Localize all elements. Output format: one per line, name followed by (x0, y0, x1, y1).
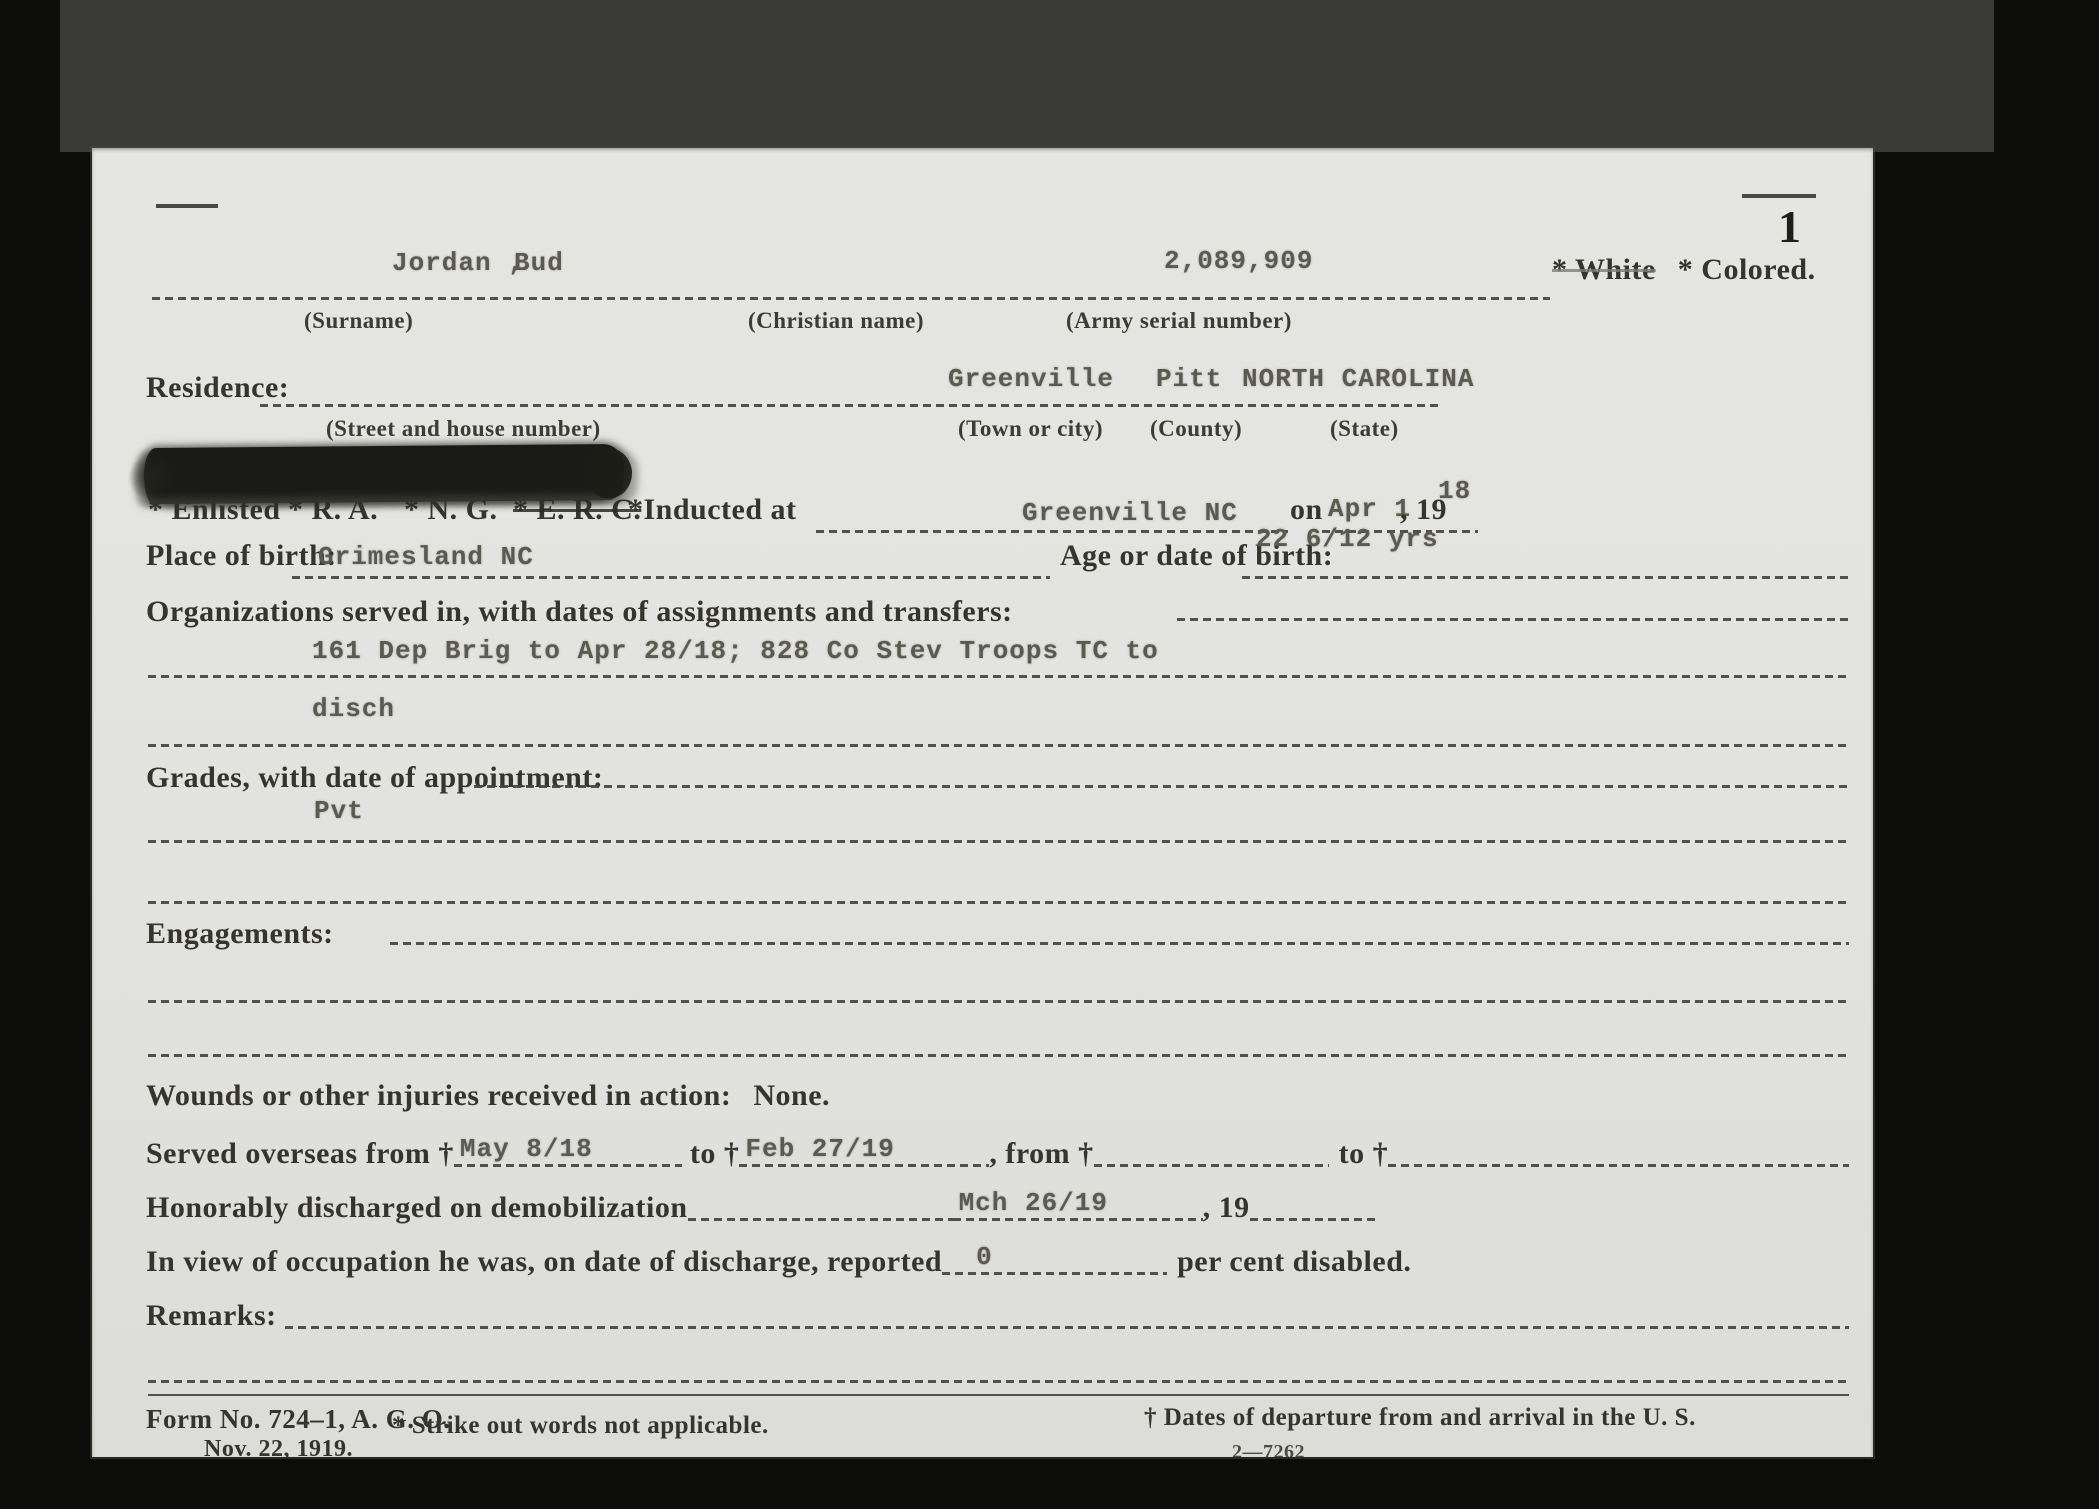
serial-number-value: 2,089,909 (1164, 246, 1313, 276)
christian-name-value: Bud (514, 248, 564, 278)
dashed-underline (942, 1272, 1167, 1275)
rule-line (148, 1380, 1849, 1383)
disability-row: In view of occupation he was, on date of… (146, 1242, 1411, 1282)
wounds-label: Wounds or other injuries received in act… (146, 1079, 731, 1112)
print-code: 2—7262 (1232, 1441, 1305, 1457)
overseas-to-field: Feb 27/19 (739, 1134, 989, 1174)
organizations-value-line2: disch (312, 694, 395, 724)
residence-state-value: NORTH CAROLINA (1242, 364, 1474, 394)
town-caption: (Town or city) (958, 416, 1103, 442)
christian-name-caption: (Christian name) (748, 308, 924, 334)
remarks-label: Remarks: (146, 1296, 277, 1336)
remarks-row: Remarks: (146, 1296, 1849, 1336)
county-caption: (County) (1150, 416, 1242, 442)
discharge-date-field: Mch 26/19 (953, 1188, 1123, 1228)
rule-line (148, 901, 1849, 904)
residence-county-value: Pitt (1156, 364, 1222, 394)
residence-label: Residence: (146, 370, 289, 406)
inducted-place-line (816, 530, 1288, 533)
dashed-underline (1388, 1164, 1849, 1167)
rule-line (148, 1000, 1849, 1003)
service-record-card: 1 Jordan , Bud 2,089,909 * White * Color… (92, 148, 1873, 1457)
discharge-year-prefix: , 19 (1203, 1188, 1250, 1228)
overseas-from2-field (1094, 1134, 1329, 1174)
grades-label: Grades, with date of appointment: (146, 760, 603, 796)
dashed-underline (688, 1218, 953, 1221)
colored-label: * Colored. (1678, 253, 1816, 286)
page-number-overline (1742, 194, 1816, 198)
dashed-underline (1094, 1164, 1329, 1167)
inducted-date-value: Apr 1 (1328, 494, 1411, 524)
disability-label: In view of occupation he was, on date of… (146, 1242, 942, 1282)
overseas-from2-label: , from † (989, 1134, 1093, 1174)
name-line (152, 297, 1550, 300)
grade-value: Pvt (314, 796, 364, 826)
on-label: on (1290, 492, 1323, 528)
strike-out-note: * Strike out words not applicable. (392, 1412, 769, 1440)
form-date: Nov. 22, 1919. (204, 1436, 353, 1457)
rule-line (148, 675, 1849, 678)
dashed-underline (285, 1326, 1849, 1329)
surname-caption: (Surname) (304, 308, 413, 334)
serial-number-caption: (Army serial number) (1066, 308, 1292, 334)
organizations-value-line1: 161 Dep Brig to Apr 28/18; 828 Co Stev T… (312, 636, 1159, 666)
discharge-label: Honorably discharged on demobilization (146, 1188, 688, 1228)
place-of-birth-value: Grimesland NC (318, 542, 534, 572)
overseas-from-label: Served overseas from † (146, 1134, 454, 1174)
discharge-trail-field (1123, 1188, 1203, 1228)
overseas-to2-field (1388, 1134, 1849, 1174)
scan-background-band (60, 0, 1994, 152)
age-value: 22 6/12 yrs (1256, 524, 1439, 554)
induction-year-value: 18 (1438, 476, 1471, 506)
overseas-to-value: Feb 27/19 (745, 1134, 894, 1164)
street-caption: (Street and house number) (326, 416, 601, 442)
year-line (1436, 530, 1478, 533)
rule-line (148, 1054, 1849, 1057)
grades-line (474, 785, 1849, 788)
dagger-note: † Dates of departure from and arrival in… (1144, 1404, 1696, 1432)
rule-line (148, 840, 1849, 843)
engagements-label: Engagements: (146, 916, 334, 952)
residence-line (260, 404, 1438, 407)
discharge-date-value: Mch 26/19 (959, 1188, 1108, 1218)
dashed-underline (1250, 1218, 1378, 1221)
disability-field: 0 (942, 1242, 1167, 1282)
state-caption: (State) (1330, 416, 1399, 442)
ink-redaction-smear (144, 444, 624, 504)
surname-value: Jordan , (392, 248, 525, 278)
residence-town-value: Greenville (948, 364, 1114, 394)
overseas-to2-label: to † (1339, 1134, 1389, 1174)
dashed-underline (1123, 1218, 1203, 1221)
inducted-place-value: Greenville NC (1022, 498, 1238, 528)
wounds-value: None. (753, 1079, 830, 1112)
discharge-lead-field (688, 1188, 953, 1228)
organizations-line (1177, 618, 1849, 621)
place-of-birth-line (292, 576, 1050, 579)
footer-separator-line (148, 1394, 1849, 1396)
overseas-from-field: May 8/18 (454, 1134, 682, 1174)
age-line (1242, 576, 1849, 579)
dashed-underline (953, 1218, 1123, 1221)
overseas-row: Served overseas from † May 8/18 to † Feb… (146, 1134, 1849, 1174)
dashed-underline (739, 1164, 989, 1167)
rule-line (148, 744, 1849, 747)
white-label: * White (1552, 253, 1656, 286)
overseas-from-value: May 8/18 (460, 1134, 593, 1164)
place-of-birth-label: Place of birth: (146, 538, 337, 574)
corner-dash-mark (156, 204, 218, 208)
race-labels: * White * Colored. (1552, 252, 1816, 288)
dashed-underline (454, 1164, 682, 1167)
overseas-to-label: to † (690, 1134, 740, 1174)
disability-suffix: per cent disabled. (1177, 1242, 1411, 1282)
scanned-page: 1 Jordan , Bud 2,089,909 * White * Color… (0, 0, 2099, 1509)
page-number: 1 (1778, 200, 1801, 253)
wounds-row: Wounds or other injuries received in act… (146, 1078, 830, 1114)
engagements-line (390, 942, 1849, 945)
organizations-label: Organizations served in, with dates of a… (146, 594, 1013, 630)
discharge-year-field (1250, 1188, 1378, 1228)
discharge-row: Honorably discharged on demobilization M… (146, 1188, 1378, 1228)
inducted-at-label: *Inducted at (628, 492, 797, 528)
disability-value: 0 (976, 1242, 993, 1272)
remarks-field (285, 1296, 1849, 1336)
